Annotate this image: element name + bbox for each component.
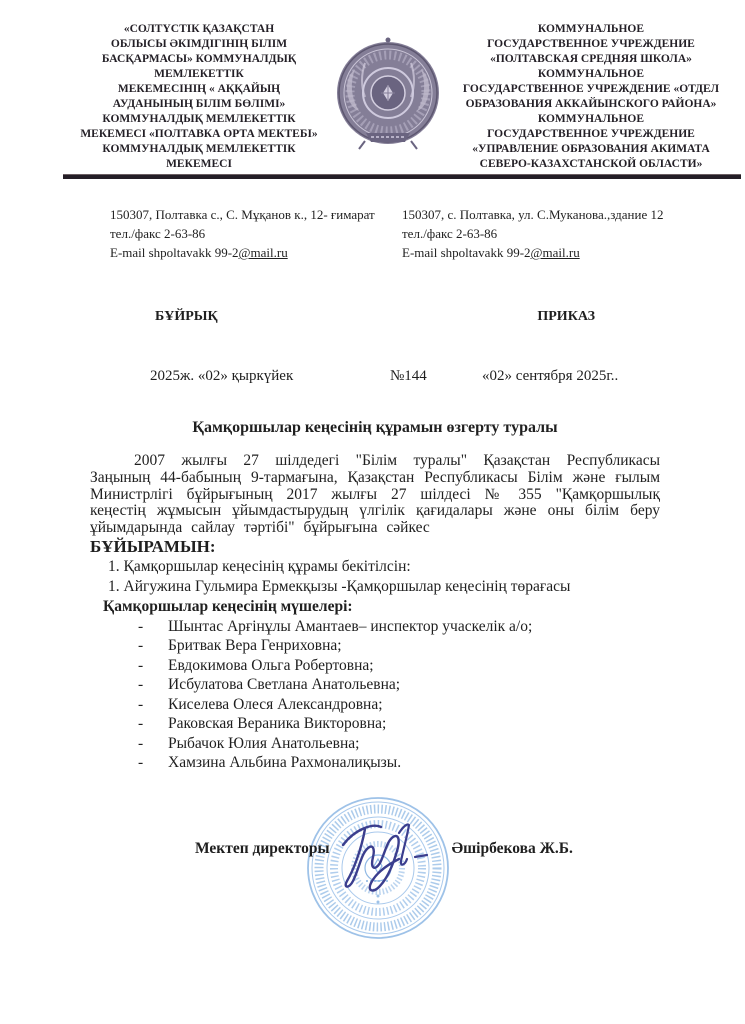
list-dash: -	[138, 656, 168, 676]
address-line: 150307, Полтавка с., С. Мұқанов к., 12- …	[110, 205, 402, 224]
phone-line: тел./факс 2-63-86	[110, 224, 402, 243]
signer-name: Әшірбекова Ж.Б.	[452, 839, 573, 859]
org-line: КОММУНАЛЬНОЕ	[441, 112, 741, 127]
signer-role: Мектеп директоры	[195, 839, 330, 859]
org-line: «УПРАВЛЕНИЕ ОБРАЗОВАНИЯ АКИМАТА	[441, 142, 741, 157]
list-dash: -	[138, 734, 168, 754]
members-heading: Қамқоршылар кеңесінің мүшелері:	[103, 597, 745, 617]
order-heading-russian: ПРИКАЗ	[537, 308, 595, 326]
org-line: КОММУНАЛЬНОЕ	[441, 67, 741, 82]
members-list: -Шынтас Арғінұлы Амантаев– инспектор уча…	[0, 617, 745, 773]
email-link[interactable]: @mail.ru	[239, 245, 288, 260]
list-dash: -	[138, 695, 168, 715]
address-kazakh: 150307, Полтавка с., С. Мұқанов к., 12- …	[110, 205, 402, 262]
email-link[interactable]: @mail.ru	[531, 245, 580, 260]
phone-line: тел./факс 2-63-86	[402, 224, 745, 243]
org-line: ОБРАЗОВАНИЯ АККАЙЫНСКОГО РАЙОНА»	[441, 97, 741, 112]
org-line: МЕКЕМЕСІ	[63, 157, 335, 172]
order-date-kazakh: 2025ж. «02» қыркүйек	[150, 366, 390, 386]
member-name: Евдокимова Ольга Робертовна;	[168, 656, 374, 676]
list-dash: -	[138, 753, 168, 773]
org-line: МЕКЕМЕСІНІҢ « АҚҚАЙЫҢ	[63, 82, 335, 97]
email-prefix: E-mail shpoltavakk 99-2	[402, 245, 531, 260]
list-dash: -	[138, 714, 168, 734]
order-date-russian: «02» сентября 2025г..	[482, 366, 618, 386]
email-line: E-mail shpoltavakk 99-2@mail.ru	[402, 243, 745, 262]
order-item: 1. Қамқоршылар кеңесінің құрамы бекітілс…	[108, 557, 745, 577]
list-item: -Киселева Олеся Александровна;	[0, 695, 745, 715]
list-item: -Раковская Вераника Викторовна;	[0, 714, 745, 734]
kazakhstan-emblem-icon	[335, 22, 441, 172]
address-line: 150307, с. Полтавка, ул. С.Муканова.,зда…	[402, 205, 745, 224]
signature-row: Мектеп директоры Әшірбекова Ж.Б.	[0, 839, 745, 859]
org-line: КОММУНАЛЬНОЕ	[441, 22, 741, 37]
member-name: Хамзина Альбина Рахмоналиқызы.	[168, 753, 401, 773]
email-prefix: E-mail shpoltavakk 99-2	[110, 245, 239, 260]
org-line: ГОСУДАРСТВЕННОЕ УЧРЕЖДЕНИЕ	[441, 127, 741, 142]
org-line: КОММУНАЛДЫҚ МЕМЛЕКЕТТІК	[63, 112, 335, 127]
list-item: -Евдокимова Ольга Робертовна;	[0, 656, 745, 676]
org-line: АУДАНЫНЫҢ БІЛІМ БӨЛІМІ»	[63, 97, 335, 112]
resolution-word: БҰЙЫРАМЫН:	[90, 537, 745, 557]
member-name: Исбулатова Светлана Анатольевна;	[168, 675, 400, 695]
org-line: МЕКЕМЕСІ «ПОЛТАВКА ОРТА МЕКТЕБІ»	[63, 127, 335, 142]
member-name: Раковская Вераника Викторовна;	[168, 714, 386, 734]
list-dash: -	[138, 636, 168, 656]
member-name: Бритвак Вера Генриховна;	[168, 636, 342, 656]
letterhead: «СОЛТҮСТІК ҚАЗАҚСТАН ОБЛЫСЫ ӘКІМДІГІНІҢ …	[0, 0, 745, 172]
letterhead-divider	[63, 174, 741, 179]
list-dash: -	[138, 675, 168, 695]
order-subject: Қамқоршылар кеңесінің құрамын өзгерту ту…	[90, 417, 660, 438]
order-date-row: 2025ж. «02» қыркүйек №144 «02» сентября …	[150, 366, 745, 386]
list-item: -Шынтас Арғінұлы Амантаев– инспектор уча…	[0, 617, 745, 637]
email-line: E-mail shpoltavakk 99-2@mail.ru	[110, 243, 402, 262]
member-name: Киселева Олеся Александровна;	[168, 695, 383, 715]
document-page: «СОЛТҮСТІК ҚАЗАҚСТАН ОБЛЫСЫ ӘКІМДІГІНІҢ …	[0, 0, 745, 1024]
org-line: «СОЛТҮСТІК ҚАЗАҚСТАН	[63, 22, 335, 37]
official-stamp-icon	[303, 793, 453, 948]
org-line: МЕМЛЕКЕТТІК	[63, 67, 335, 82]
org-line: ГОСУДАРСТВЕННОЕ УЧРЕЖДЕНИЕ	[441, 37, 741, 52]
order-heading-row: БҰЙРЫҚ ПРИКАЗ	[155, 308, 595, 326]
member-name: Рыбачок Юлия Анатольевна;	[168, 734, 359, 754]
org-line: ГОСУДАРСТВЕННОЕ УЧРЕЖДЕНИЕ «ОТДЕЛ	[441, 82, 741, 97]
address-russian: 150307, с. Полтавка, ул. С.Муканова.,зда…	[402, 205, 745, 262]
org-line: БАСҚАРМАСЫ» КОММУНАЛДЫҚ	[63, 52, 335, 67]
list-item: -Рыбачок Юлия Анатольевна;	[0, 734, 745, 754]
contact-block: 150307, Полтавка с., С. Мұқанов к., 12- …	[110, 205, 745, 262]
list-item: -Хамзина Альбина Рахмоналиқызы.	[0, 753, 745, 773]
org-line: СЕВЕРО-КАЗАХСТАНСКОЙ ОБЛАСТИ»	[441, 157, 741, 172]
org-line: КОММУНАЛДЫҚ МЕМЛЕКЕТТІК	[63, 142, 335, 157]
org-name-russian: КОММУНАЛЬНОЕ ГОСУДАРСТВЕННОЕ УЧРЕЖДЕНИЕ …	[441, 22, 741, 172]
org-name-kazakh: «СОЛТҮСТІК ҚАЗАҚСТАН ОБЛЫСЫ ӘКІМДІГІНІҢ …	[63, 22, 335, 172]
list-dash: -	[138, 617, 168, 637]
list-item: -Исбулатова Светлана Анатольевна;	[0, 675, 745, 695]
org-line: ОБЛЫСЫ ӘКІМДІГІНІҢ БІЛІМ	[63, 37, 335, 52]
list-item: -Бритвак Вера Генриховна;	[0, 636, 745, 656]
order-item: 1. Айгужина Гульмира Ермекқызы -Қамқоршы…	[108, 577, 745, 597]
order-number: №144	[390, 366, 482, 386]
org-line: «ПОЛТАВСКАЯ СРЕДНЯЯ ШКОЛА»	[441, 52, 741, 67]
order-heading-kazakh: БҰЙРЫҚ	[155, 308, 218, 326]
order-body-paragraph: 2007 жылғы 27 шілдедегі "Білім туралы" Қ…	[90, 453, 660, 537]
member-name: Шынтас Арғінұлы Амантаев– инспектор учас…	[168, 617, 532, 637]
